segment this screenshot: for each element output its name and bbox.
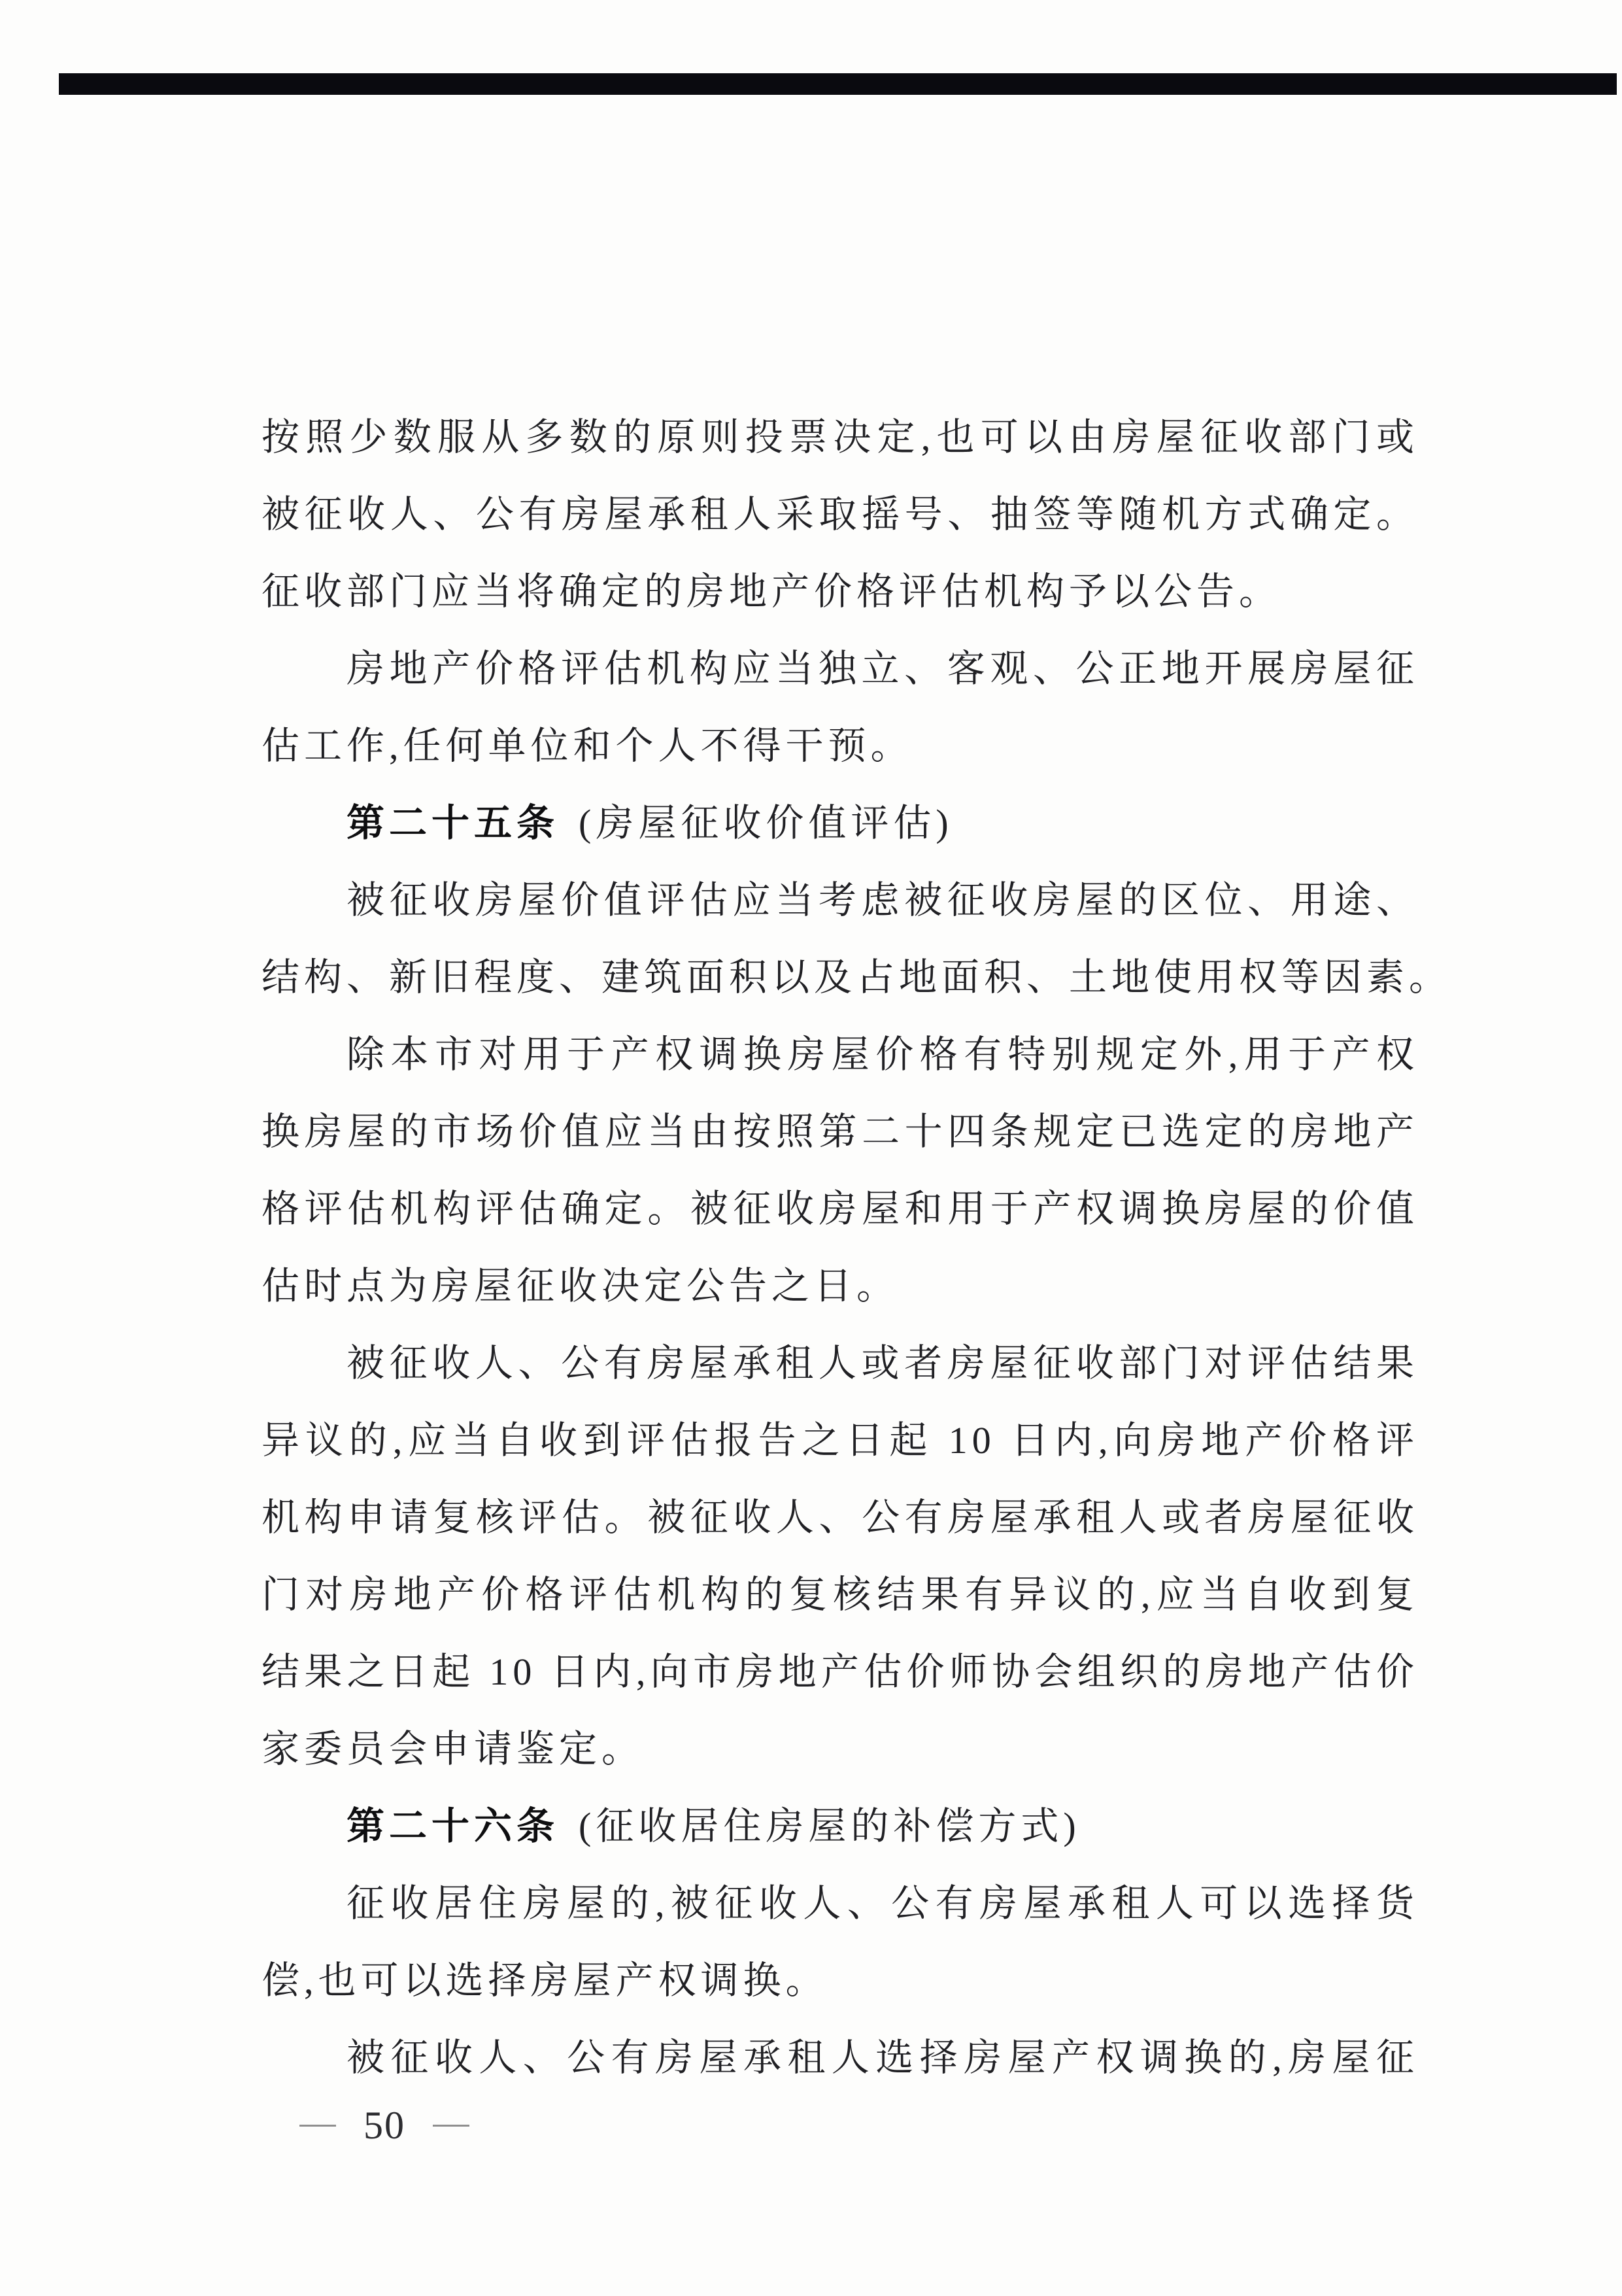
line-text: 被征收人、公有房屋承租人选择房屋产权调换的,房屋征收部: [346, 2036, 1419, 2097]
line-text: 异议的,应当自收到评估报告之日起 10 日内,向房地产价格评估: [262, 1419, 1419, 1479]
line-text: 换房屋的市场价值应当由按照第二十四条规定已选定的房地产价: [262, 1110, 1419, 1171]
text-line: 估工作,任何单位和个人不得干预。: [262, 708, 1419, 785]
line-text: 机构申请复核评估。被征收人、公有房屋承租人或者房屋征收部: [262, 1496, 1419, 1556]
line-text: 门对房地产价格评估机构的复核结果有异议的,应当自收到复核: [262, 1573, 1419, 1634]
page-container: 按照少数服从多数的原则投票决定,也可以由房屋征收部门或者被征收人、公有房屋承租人…: [0, 0, 1622, 2296]
text-line: 换房屋的市场价值应当由按照第二十四条规定已选定的房地产价: [262, 1093, 1419, 1171]
line-text: (房屋征收价值评估): [579, 802, 953, 844]
text-line: 家委员会申请鉴定。: [262, 1711, 1419, 1788]
text-line: 房地产价格评估机构应当独立、客观、公正地开展房屋征收评: [262, 630, 1419, 708]
text-line: 被征收人、公有房屋承租人选择房屋产权调换的,房屋征收部: [262, 2019, 1419, 2097]
text-line: 第二十六条(征收居住房屋的补偿方式): [262, 1788, 1419, 1865]
document-lines: 按照少数服从多数的原则投票决定,也可以由房屋征收部门或者被征收人、公有房屋承租人…: [262, 399, 1419, 2097]
page-number: 50: [363, 2104, 405, 2146]
line-text: 估工作,任何单位和个人不得干预。: [262, 725, 913, 767]
text-line: 门对房地产价格评估机构的复核结果有异议的,应当自收到复核: [262, 1556, 1419, 1634]
footer-dash-right: [433, 2125, 469, 2127]
line-text: 偿,也可以选择房屋产权调换。: [262, 1959, 828, 2002]
text-line: 被征收人、公有房屋承租人或者房屋征收部门对评估结果有: [262, 1325, 1419, 1402]
text-line: 结果之日起 10 日内,向市房地产估价师协会组织的房地产估价专: [262, 1634, 1419, 1711]
article-heading: 第二十五条: [346, 802, 559, 844]
text-line: 机构申请复核评估。被征收人、公有房屋承租人或者房屋征收部: [262, 1479, 1419, 1556]
text-line: 被征收房屋价值评估应当考虑被征收房屋的区位、用途、建筑: [262, 862, 1419, 939]
text-line: 格评估机构评估确定。被征收房屋和用于产权调换房屋的价值评: [262, 1171, 1419, 1248]
footer-dash-left: [299, 2125, 336, 2127]
top-rule-bar: [59, 73, 1617, 95]
text-line: 偿,也可以选择房屋产权调换。: [262, 1942, 1419, 2019]
text-line: 第二十五条(房屋征收价值评估): [262, 785, 1419, 862]
line-text: 家委员会申请鉴定。: [262, 1728, 644, 1770]
text-line: 按照少数服从多数的原则投票决定,也可以由房屋征收部门或者: [262, 399, 1419, 476]
line-text: 除本市对用于产权调换房屋价格有特别规定外,用于产权调: [346, 1033, 1419, 1093]
line-text: 被征收房屋价值评估应当考虑被征收房屋的区位、用途、建筑: [346, 879, 1419, 939]
line-text: 被征收人、公有房屋承租人或者房屋征收部门对评估结果有: [346, 1342, 1419, 1402]
line-text: 估时点为房屋征收决定公告之日。: [262, 1265, 899, 1307]
page-footer: 50: [299, 2104, 469, 2146]
line-text: 被征收人、公有房屋承租人采取摇号、抽签等随机方式确定。房屋: [262, 493, 1419, 553]
text-line: 被征收人、公有房屋承租人采取摇号、抽签等随机方式确定。房屋: [262, 476, 1419, 553]
text-line: 估时点为房屋征收决定公告之日。: [262, 1248, 1419, 1325]
text-line: 除本市对用于产权调换房屋价格有特别规定外,用于产权调: [262, 1016, 1419, 1093]
line-text: 征收部门应当将确定的房地产价格评估机构予以公告。: [262, 570, 1281, 613]
article-heading: 第二十六条: [346, 1805, 559, 1847]
line-text: 按照少数服从多数的原则投票决定,也可以由房屋征收部门或者: [262, 416, 1419, 476]
text-line: 结构、新旧程度、建筑面积以及占地面积、土地使用权等因素。: [262, 939, 1419, 1016]
line-text: 格评估机构评估确定。被征收房屋和用于产权调换房屋的价值评: [262, 1188, 1419, 1248]
line-text: 结果之日起 10 日内,向市房地产估价师协会组织的房地产估价专: [262, 1651, 1419, 1711]
line-text: 结构、新旧程度、建筑面积以及占地面积、土地使用权等因素。: [262, 956, 1451, 999]
text-line: 征收居住房屋的,被征收人、公有房屋承租人可以选择货币补: [262, 1865, 1419, 1942]
text-line: 异议的,应当自收到评估报告之日起 10 日内,向房地产价格评估: [262, 1402, 1419, 1479]
line-text: (征收居住房屋的补偿方式): [579, 1805, 1081, 1847]
line-text: 征收居住房屋的,被征收人、公有房屋承租人可以选择货币补: [346, 1882, 1419, 1942]
line-text: 房地产价格评估机构应当独立、客观、公正地开展房屋征收评: [346, 647, 1419, 708]
text-line: 征收部门应当将确定的房地产价格评估机构予以公告。: [262, 553, 1419, 630]
